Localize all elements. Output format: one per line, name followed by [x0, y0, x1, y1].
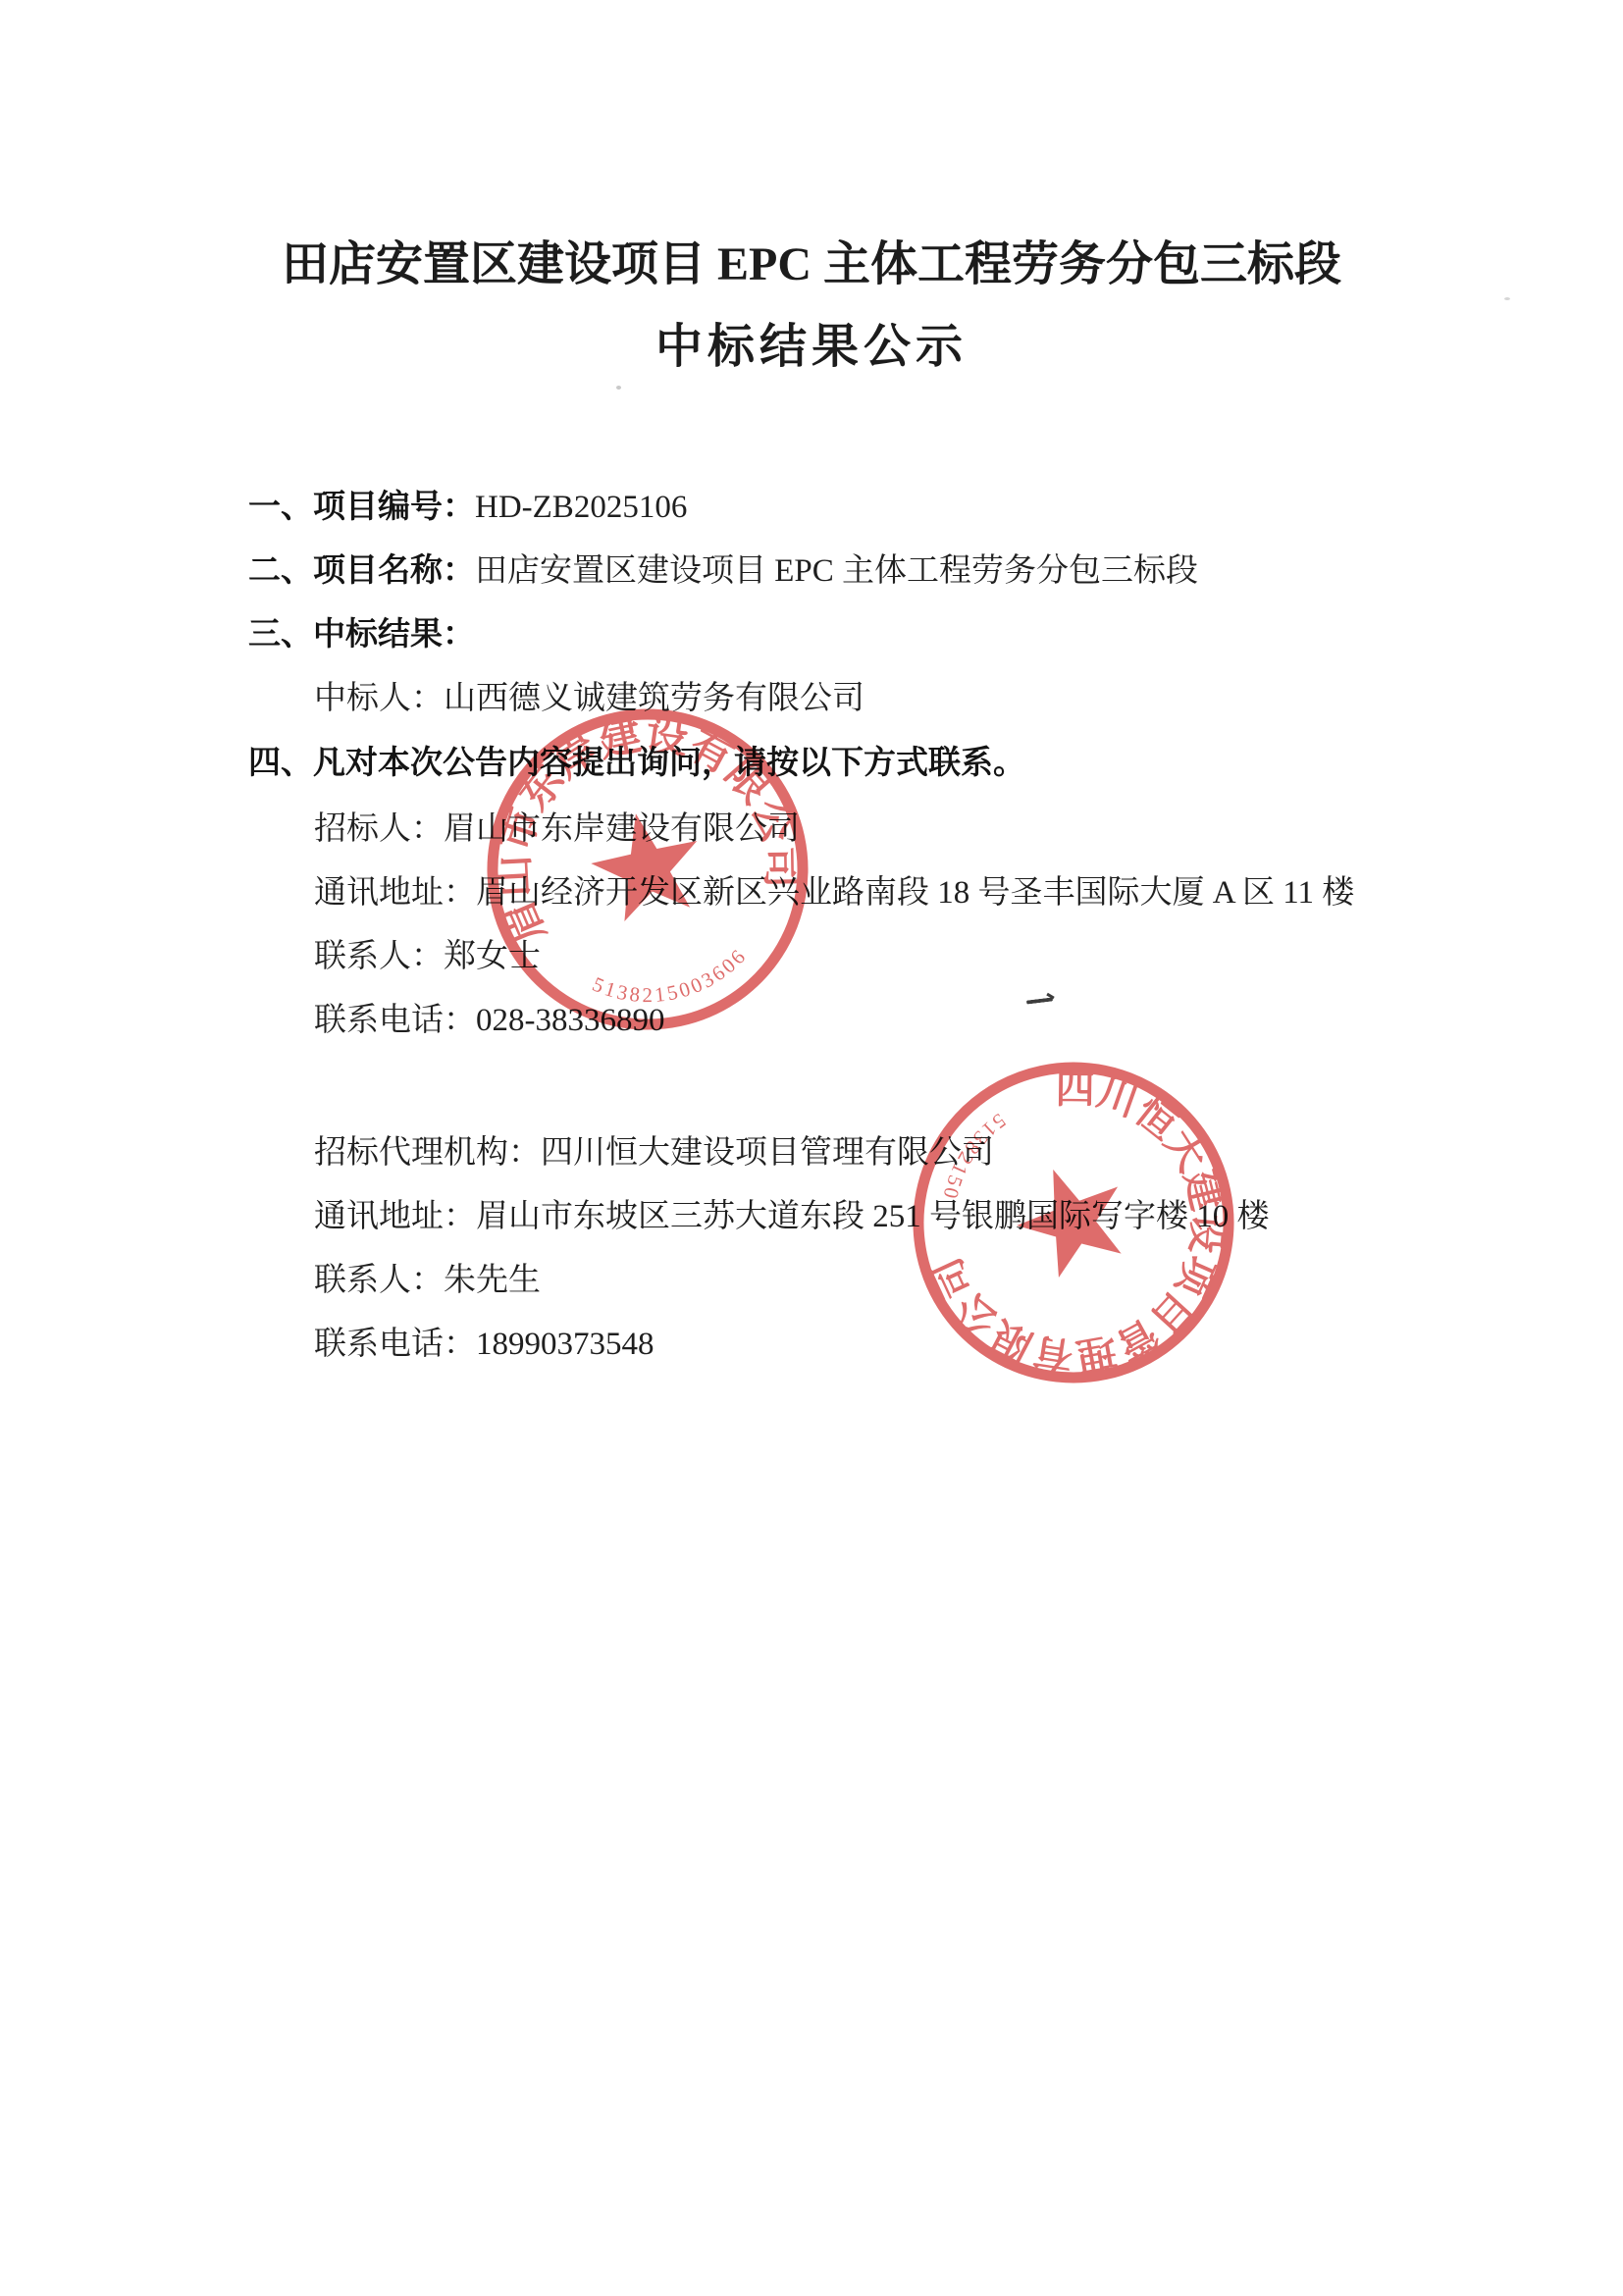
scan-speck	[1504, 297, 1510, 300]
scanned-document-page: 田店安置区建设项目 EPC 主体工程劳务分包三标段 中标结果公示 一、项目编号：…	[0, 0, 1623, 2296]
tenderer-address-line: 通讯地址：眉山经济开发区新区兴业路南段 18 号圣丰国际大厦 A 区 11 楼	[314, 872, 1354, 913]
text-segment: HD-ZB2025106	[475, 490, 687, 525]
text-segment: 田店安置区建设项目 EPC 主体工程劳务分包三标段	[475, 553, 1198, 589]
text-segment: 二、项目名称：	[248, 553, 475, 589]
bid-result-heading-line: 三、中标结果：	[248, 614, 475, 655]
agency-line: 招标代理机构：四川恒大建设项目管理有限公司	[314, 1132, 994, 1174]
seal-star-icon	[1006, 1152, 1151, 1299]
scan-speck	[616, 386, 621, 390]
agency-contact-line: 联系人：朱先生	[314, 1260, 541, 1301]
project-number-line: 一、项目编号：HD-ZB2025106	[248, 487, 687, 528]
text-segment: 三、中标结果：	[248, 617, 475, 652]
text-segment: 联系电话：18990373548	[314, 1327, 654, 1362]
seal-star-icon	[583, 803, 710, 926]
seal-serial-number: 51382150	[929, 1103, 1015, 1211]
project-name-line: 二、项目名称：田店安置区建设项目 EPC 主体工程劳务分包三标段	[248, 550, 1198, 592]
seal-serial-number: 5138215003606	[585, 940, 758, 1020]
document-title-line2: 中标结果公示	[0, 321, 1623, 374]
text-segment: 联系人：朱先生	[314, 1263, 541, 1298]
company-seal-agency: 四川恒大建设项目管理有限公司 51382150	[843, 992, 1304, 1453]
document-title-line1: 田店安置区建设项目 EPC 主体工程劳务分包三标段	[0, 238, 1623, 291]
text-segment: 通讯地址：眉山经济开发区新区兴业路南段 18 号圣丰国际大厦 A 区 11 楼	[314, 875, 1354, 911]
agency-phone-line: 联系电话：18990373548	[314, 1324, 654, 1365]
text-segment: 一、项目编号：	[248, 490, 475, 525]
company-seal-tenderer: 眉山市东岸建设有限公司 5138215003606	[449, 671, 845, 1067]
text-segment: 招标代理机构：四川恒大建设项目管理有限公司	[314, 1135, 994, 1171]
